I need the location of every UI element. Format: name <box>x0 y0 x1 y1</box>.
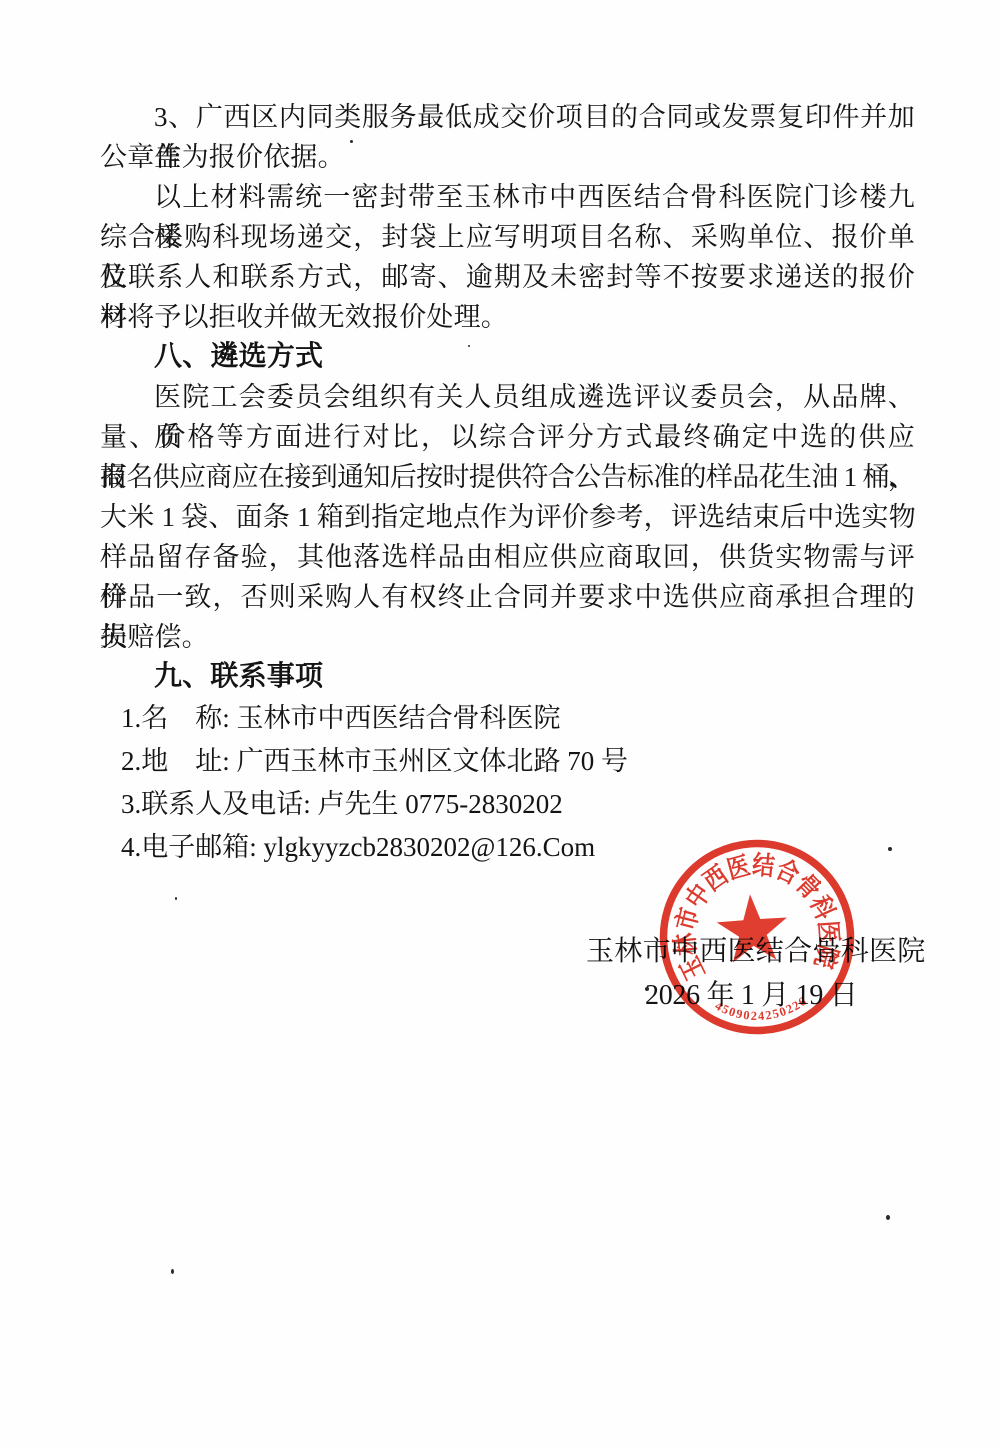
text-line-clause3: 3、广西区内同类服务最低成交价项目的合同或发票复印件并加盖 <box>100 97 915 137</box>
scanned-document-page: 3、广西区内同类服务最低成交价项目的合同或发票复印件并加盖 公章作为报价依据。 … <box>0 0 1000 1447</box>
contact-line-phone: 3.联系人及电话: 卢先生 0775-2830202 <box>100 783 915 826</box>
ink-speck <box>886 1215 890 1220</box>
text-line-selection-4: 大米 1 袋、面条 1 箱到指定地点作为评价参考，评选结束后中选实物 <box>100 497 915 537</box>
text-line-submission-1: 以上材料需统一密封带至玉林市中西医结合骨科医院门诊楼九楼 <box>100 177 915 217</box>
text-line-selection-7: 失赔偿。 <box>100 617 915 657</box>
ink-speck <box>171 1269 174 1274</box>
text-line-submission-3: 及联系人和联系方式，邮寄、逾期及未密封等不按要求递送的报价材 <box>100 257 915 297</box>
ink-speck <box>175 897 177 900</box>
text-line-submission-2: 综合采购科现场递交，封袋上应写明项目名称、采购单位、报价单位 <box>100 217 915 257</box>
text-line-clause3-end: 公章作为报价依据。 <box>100 137 915 177</box>
heading-selection-method: 八、遴选方式 <box>100 337 915 377</box>
ink-speck <box>468 345 470 347</box>
text-line-selection-3: 报名供应商应在接到通知后按时提供符合公告标准的样品花生油 1 桶、 <box>100 457 915 497</box>
heading-contact-info: 九、联系事项 <box>100 657 915 697</box>
seal-star-icon <box>715 892 790 964</box>
text-line-selection-5: 样品留存备验，其他落选样品由相应供应商取回，供货实物需与评价 <box>100 537 915 577</box>
text-line-selection-2: 量、价格等方面进行对比，以综合评分方式最终确定中选的供应商， <box>100 417 915 457</box>
ink-speck <box>888 847 892 851</box>
ink-speck <box>645 987 649 991</box>
contact-line-address: 2.地 址: 广西玉林市玉州区文体北路 70 号 <box>100 740 915 783</box>
text-line-selection-1: 医院工会委员会组织有关人员组成遴选评议委员会，从品牌、质 <box>100 377 915 417</box>
contact-line-name: 1.名 称: 玉林市中西医结合骨科医院 <box>100 697 915 740</box>
document-body: 3、广西区内同类服务最低成交价项目的合同或发票复印件并加盖 公章作为报价依据。 … <box>100 97 915 869</box>
ink-speck <box>350 140 353 143</box>
official-seal: 玉林市中西医结合骨科医院 4509024250226 <box>649 829 865 1045</box>
text-line-selection-6: 样品一致，否则采购人有权终止合同并要求中选供应商承担合理的损 <box>100 577 915 617</box>
text-line-submission-4: 料将予以拒收并做无效报价处理。 <box>100 297 915 337</box>
